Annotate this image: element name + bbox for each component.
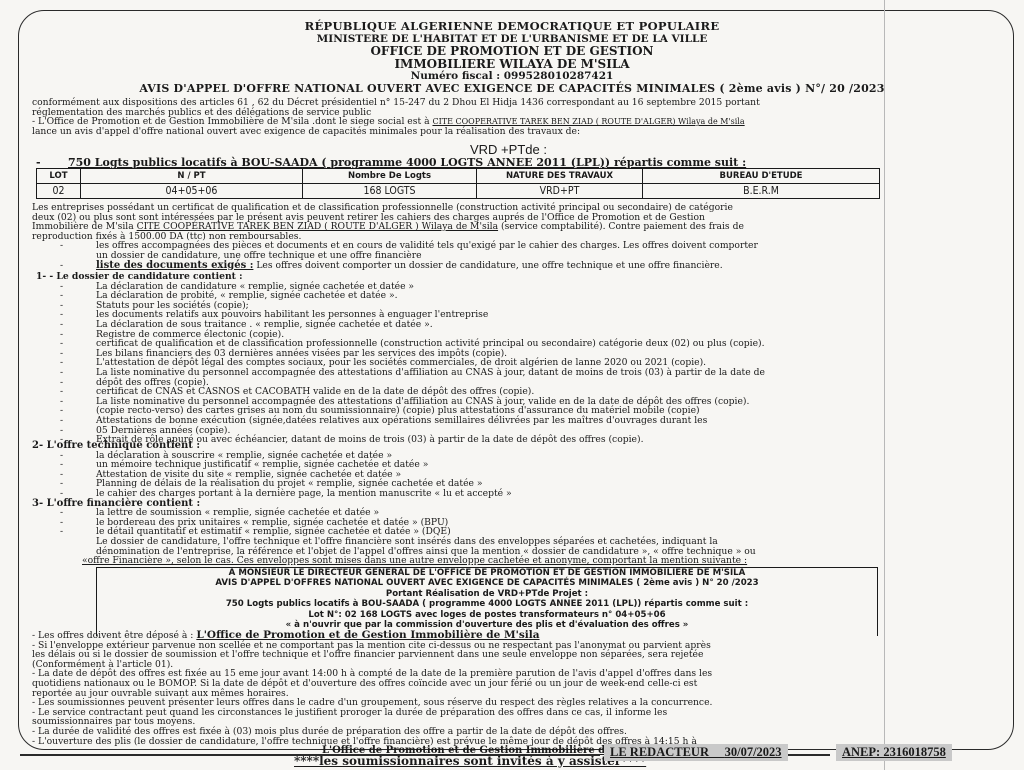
header-republic: RÉPUBLIQUE ALGERIENNE DEMOCRATIQUE ET PO… [0,20,1024,33]
cell-bureau: B.E.R.M [643,184,880,199]
footer-date: 30/07/2023 [725,745,782,759]
footer-anep: ANEP: 2316018758 [836,744,952,761]
text-line: les offres accompagnées des pièces et do… [32,241,758,251]
text-line: «offre Financière », selon le cas. Ces e… [32,556,756,566]
envelope-line: 750 Logts publics locatifs à BOU-SAADA (… [97,599,877,609]
intro-paragraph: conformément aux dispositions des articl… [32,98,760,136]
document-header: RÉPUBLIQUE ALGERIENNE DEMOCRATIQUE ET PO… [0,20,1024,95]
col-logts: Nombre De Logts [303,169,477,184]
intro-line: lance un avis d'appel d'offre national o… [32,127,760,137]
scan-fold-line [884,0,885,770]
cell-npt: 04+05+06 [81,184,303,199]
envelope-label-box: A MONSIEUR LE DIRECTEUR GENERAL DE L'OFF… [96,567,878,636]
section-candidature: 1- - Le dossier de candidature contient … [32,272,765,445]
header-fiscal-number: Numéro fiscal : 099528010287421 [0,70,1024,83]
header-wilaya: IMMOBILIERE WILAYA DE M'SILA [0,58,1024,71]
office-address: CITE COOPERATIVE TAREK BEN ZIAD ( ROUTE … [432,117,744,126]
table-header-row: LOT N / PT Nombre De Logts NATURE DES TR… [37,169,880,184]
col-nature: NATURE DES TRAVAUX [477,169,643,184]
eligibility-section: Les entreprises possédant un certificat … [32,203,758,270]
list-item: le détail quantitatif et estimatif « rem… [32,527,756,537]
cell-logts: 168 LOGTS [303,184,477,199]
table-row: 02 04+05+06 168 LOGTS VRD+PT B.E.R.M [37,184,880,199]
list-item: le cahier des charges portant à la derni… [32,489,756,499]
col-bureau: BUREAU D'ETUDE [643,169,880,184]
cell-nature: VRD+PT [477,184,643,199]
required-docs-line: liste des documents exigés : Les offres … [32,261,758,271]
envelope-line: AVIS D'APPEL D'OFFRES NATIONAL OUVERT AV… [97,578,877,588]
footer-rule [20,754,600,756]
works-title: VRD +PTde : [470,142,547,157]
section-technical-offer: 2- L'offre technique contient : la décla… [32,441,756,566]
notice-title: AVIS D'APPEL D'OFFRE NATIONAL OUVERT AVE… [0,83,1024,96]
envelope-line: A MONSIEUR LE DIRECTEUR GENERAL DE L'OFF… [97,568,877,578]
lots-table: LOT N / PT Nombre De Logts NATURE DES TR… [36,168,880,199]
footer-redacteur: LE REDACTEUR 30/07/2023 [604,744,788,761]
header-office: OFFICE DE PROMOTION ET DE GESTION [0,45,1024,58]
col-npt: N / PT [81,169,303,184]
envelope-line: Lot N°: 02 168 LOGTS avec loges de poste… [97,610,877,620]
envelope-line: Portant Réalisation de VRD+PTde Projet : [97,589,877,599]
cell-lot: 02 [37,184,81,199]
col-lot: LOT [37,169,81,184]
